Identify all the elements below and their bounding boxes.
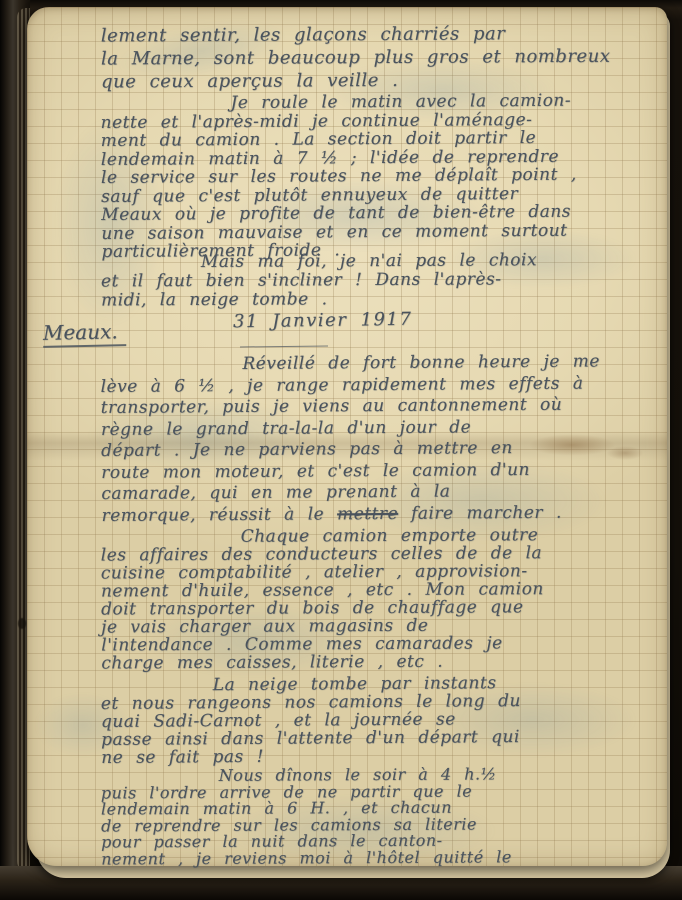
- diary-paragraph-depart-preparatifs: Réveillé de fort bonne heure je me lève …: [100, 351, 663, 527]
- notebook-cover-background: lement sentir, les glaçons charriés par …: [0, 0, 682, 900]
- diary-paragraph-chargement: Chaque camion emporte outre les affaires…: [101, 526, 664, 673]
- diary-paragraph-resignation: Mais ma foi, je n'ai pas le choix et il …: [101, 251, 663, 311]
- paragraph-text: faire marcher .: [398, 502, 562, 523]
- notebook-page: lement sentir, les glaçons charriés par …: [27, 7, 667, 866]
- date-underline: [240, 346, 328, 348]
- diary-paragraph-ordre-du-soir: Nous dînons le soir à 4 h.½ puis l'ordre…: [101, 766, 664, 868]
- struck-word: mettre: [337, 503, 398, 523]
- entry-date-heading: 31 Janvier 1917: [233, 309, 413, 333]
- margin-place-note: Meaux.: [43, 319, 126, 348]
- ink-speck: [18, 618, 26, 629]
- diary-paragraph-quai-sadi-carnot: La neige tombe par instants et nous rang…: [101, 673, 664, 767]
- diary-paragraph-glacons: lement sentir, les glaçons charriés par …: [101, 22, 663, 94]
- diary-paragraph-camionnette: Je roule le matin avec la camion- nette …: [100, 91, 663, 261]
- paragraph-text: Réveillé de fort bonne heure je me lève …: [101, 351, 600, 525]
